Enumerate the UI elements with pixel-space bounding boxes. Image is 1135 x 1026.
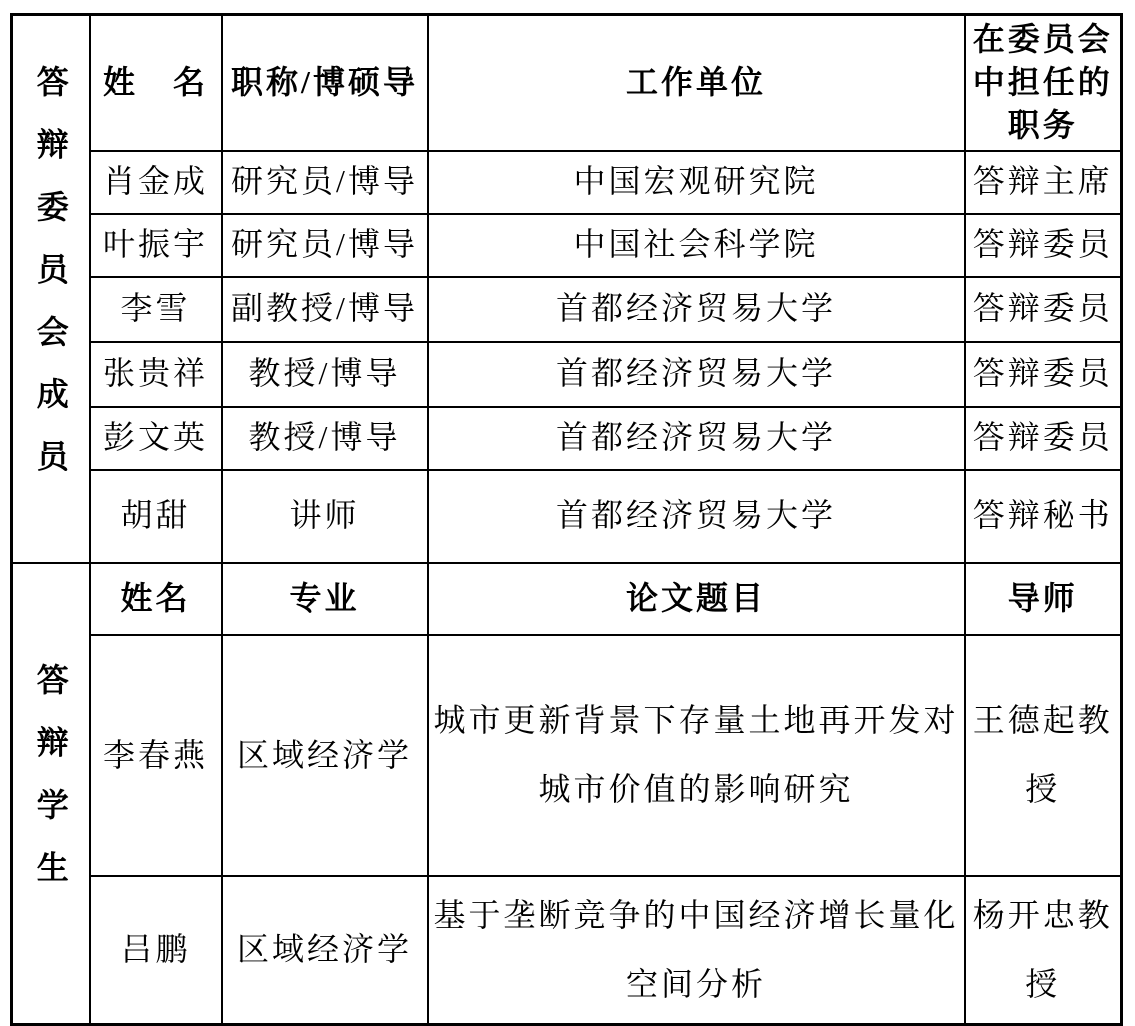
cell-member-role: 答辩委员 bbox=[965, 407, 1122, 470]
cell-member-workunit: 中国宏观研究院 bbox=[428, 151, 965, 214]
students-section-label: 答辩学生 bbox=[12, 563, 90, 1025]
committee-section-label-text: 答辩委员会成员 bbox=[35, 65, 67, 502]
students-header-row: 答辩学生 姓名 专业 论文题目 导师 bbox=[12, 563, 1122, 635]
student-row: 吕鹏 区域经济学 基于垄断竞争的中国经济增长量化空间分析 杨开忠教授 bbox=[12, 876, 1122, 1025]
cell-member-role: 答辩委员 bbox=[965, 342, 1122, 407]
member-row: 叶振宇 研究员/博导 中国社会科学院 答辩委员 bbox=[12, 214, 1122, 277]
students-section-label-text: 答辩学生 bbox=[35, 663, 67, 913]
cell-advisor: 杨开忠教授 bbox=[965, 876, 1122, 1025]
column-header-advisor: 导师 bbox=[965, 563, 1122, 635]
cell-member-title: 研究员/博导 bbox=[222, 214, 428, 277]
cell-member-title: 教授/博导 bbox=[222, 407, 428, 470]
cell-member-name: 肖金成 bbox=[90, 151, 222, 214]
member-row: 彭文英 教授/博导 首都经济贸易大学 答辩委员 bbox=[12, 407, 1122, 470]
cell-member-name: 张贵祥 bbox=[90, 342, 222, 407]
member-row: 肖金成 研究员/博导 中国宏观研究院 答辩主席 bbox=[12, 151, 1122, 214]
committee-header-row: 答辩委员会成员 姓 名 职称/博硕导 工作单位 在委员会中担任的职务 bbox=[12, 15, 1122, 151]
cell-member-title: 研究员/博导 bbox=[222, 151, 428, 214]
cell-student-major: 区域经济学 bbox=[222, 876, 428, 1025]
cell-member-role: 答辩委员 bbox=[965, 214, 1122, 277]
cell-member-name: 李雪 bbox=[90, 277, 222, 342]
cell-member-title: 讲师 bbox=[222, 470, 428, 563]
member-row: 张贵祥 教授/博导 首都经济贸易大学 答辩委员 bbox=[12, 342, 1122, 407]
cell-member-role: 答辩委员 bbox=[965, 277, 1122, 342]
column-header-workunit: 工作单位 bbox=[428, 15, 965, 151]
cell-member-title: 副教授/博导 bbox=[222, 277, 428, 342]
column-header-thesis-title: 论文题目 bbox=[428, 563, 965, 635]
cell-thesis-title: 城市更新背景下存量土地再开发对城市价值的影响研究 bbox=[428, 635, 965, 876]
cell-member-workunit: 中国社会科学院 bbox=[428, 214, 965, 277]
member-row: 李雪 副教授/博导 首都经济贸易大学 答辩委员 bbox=[12, 277, 1122, 342]
column-header-major: 专业 bbox=[222, 563, 428, 635]
cell-member-role: 答辩秘书 bbox=[965, 470, 1122, 563]
cell-student-name: 吕鹏 bbox=[90, 876, 222, 1025]
column-header-title: 职称/博硕导 bbox=[222, 15, 428, 151]
cell-student-major: 区域经济学 bbox=[222, 635, 428, 876]
cell-advisor: 王德起教授 bbox=[965, 635, 1122, 876]
committee-section-label: 答辩委员会成员 bbox=[12, 15, 90, 563]
cell-member-title: 教授/博导 bbox=[222, 342, 428, 407]
cell-member-workunit: 首都经济贸易大学 bbox=[428, 407, 965, 470]
cell-member-name: 叶振宇 bbox=[90, 214, 222, 277]
column-header-role: 在委员会中担任的职务 bbox=[965, 15, 1122, 151]
member-row: 胡甜 讲师 首都经济贸易大学 答辩秘书 bbox=[12, 470, 1122, 563]
cell-thesis-title: 基于垄断竞争的中国经济增长量化空间分析 bbox=[428, 876, 965, 1025]
cell-member-name: 胡甜 bbox=[90, 470, 222, 563]
column-header-student-name: 姓名 bbox=[90, 563, 222, 635]
cell-member-workunit: 首都经济贸易大学 bbox=[428, 277, 965, 342]
cell-member-role: 答辩主席 bbox=[965, 151, 1122, 214]
defense-committee-table: 答辩委员会成员 姓 名 职称/博硕导 工作单位 在委员会中担任的职务 肖金成 研… bbox=[10, 13, 1123, 1026]
cell-member-name: 彭文英 bbox=[90, 407, 222, 470]
cell-member-workunit: 首都经济贸易大学 bbox=[428, 470, 965, 563]
student-row: 李春燕 区域经济学 城市更新背景下存量土地再开发对城市价值的影响研究 王德起教授 bbox=[12, 635, 1122, 876]
cell-student-name: 李春燕 bbox=[90, 635, 222, 876]
column-header-name: 姓 名 bbox=[90, 15, 222, 151]
cell-member-workunit: 首都经济贸易大学 bbox=[428, 342, 965, 407]
